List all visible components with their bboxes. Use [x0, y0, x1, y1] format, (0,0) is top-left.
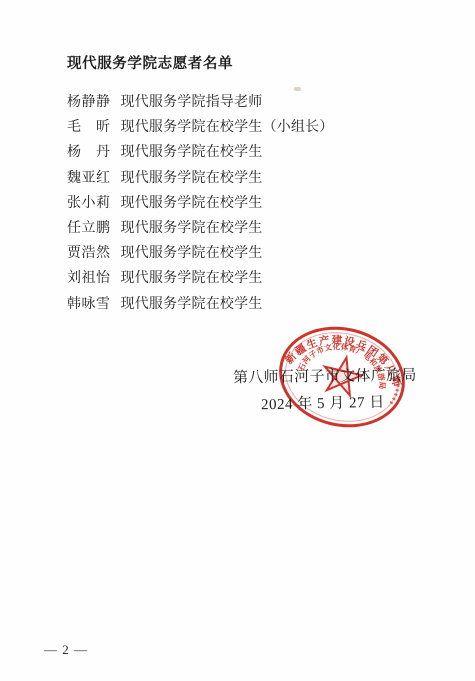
volunteer-name: 毛 昕 — [67, 115, 111, 140]
volunteer-list: 杨静静现代服务学院指导老师 毛 昕现代服务学院在校学生（小组长） 杨 丹现代服务… — [67, 90, 427, 317]
volunteer-row: 韩咏雪现代服务学院在校学生 — [67, 292, 427, 317]
scan-artifact — [294, 87, 301, 91]
volunteer-role: 现代服务学院指导老师 — [121, 95, 263, 110]
volunteer-row: 贾浩然现代服务学院在校学生 — [67, 241, 427, 266]
volunteer-row: 毛 昕现代服务学院在校学生（小组长） — [67, 115, 427, 140]
volunteer-role: 现代服务学院在校学生 — [121, 145, 263, 160]
volunteer-row: 杨 丹现代服务学院在校学生 — [67, 140, 427, 165]
signature-date: 2024 年 5 月 27 日 — [261, 391, 385, 415]
volunteer-row: 刘祖怡现代服务学院在校学生 — [67, 266, 427, 291]
volunteer-role: 现代服务学院在校学生 — [121, 196, 263, 211]
volunteer-name: 张小莉 — [67, 191, 111, 216]
volunteer-name: 刘祖怡 — [67, 266, 111, 291]
volunteer-row: 杨静静现代服务学院指导老师 — [67, 90, 427, 115]
volunteer-name: 杨静静 — [67, 90, 111, 115]
volunteer-role: 现代服务学院在校学生（小组长） — [121, 120, 334, 135]
volunteer-name: 魏亚红 — [67, 166, 111, 191]
volunteer-row: 张小莉现代服务学院在校学生 — [67, 191, 427, 216]
volunteer-role: 现代服务学院在校学生 — [121, 297, 263, 312]
volunteer-role: 现代服务学院在校学生 — [121, 246, 263, 261]
volunteer-row: 魏亚红现代服务学院在校学生 — [67, 166, 427, 191]
signature-organization: 第八师石河子市文体广旅局 — [233, 364, 417, 388]
volunteer-name: 任立鹏 — [67, 216, 111, 241]
volunteer-name: 贾浩然 — [67, 241, 111, 266]
volunteer-name: 杨 丹 — [67, 140, 111, 165]
scanned-document-page: 现代服务学院志愿者名单 杨静静现代服务学院指导老师 毛 昕现代服务学院在校学生（… — [0, 0, 475, 681]
page-number: — 2 — — [44, 642, 88, 658]
volunteer-role: 现代服务学院在校学生 — [121, 271, 263, 286]
volunteer-name: 韩咏雪 — [67, 292, 111, 317]
volunteer-role: 现代服务学院在校学生 — [121, 221, 263, 236]
document-title: 现代服务学院志愿者名单 — [67, 52, 233, 73]
volunteer-role: 现代服务学院在校学生 — [121, 171, 263, 186]
volunteer-row: 任立鹏现代服务学院在校学生 — [67, 216, 427, 241]
